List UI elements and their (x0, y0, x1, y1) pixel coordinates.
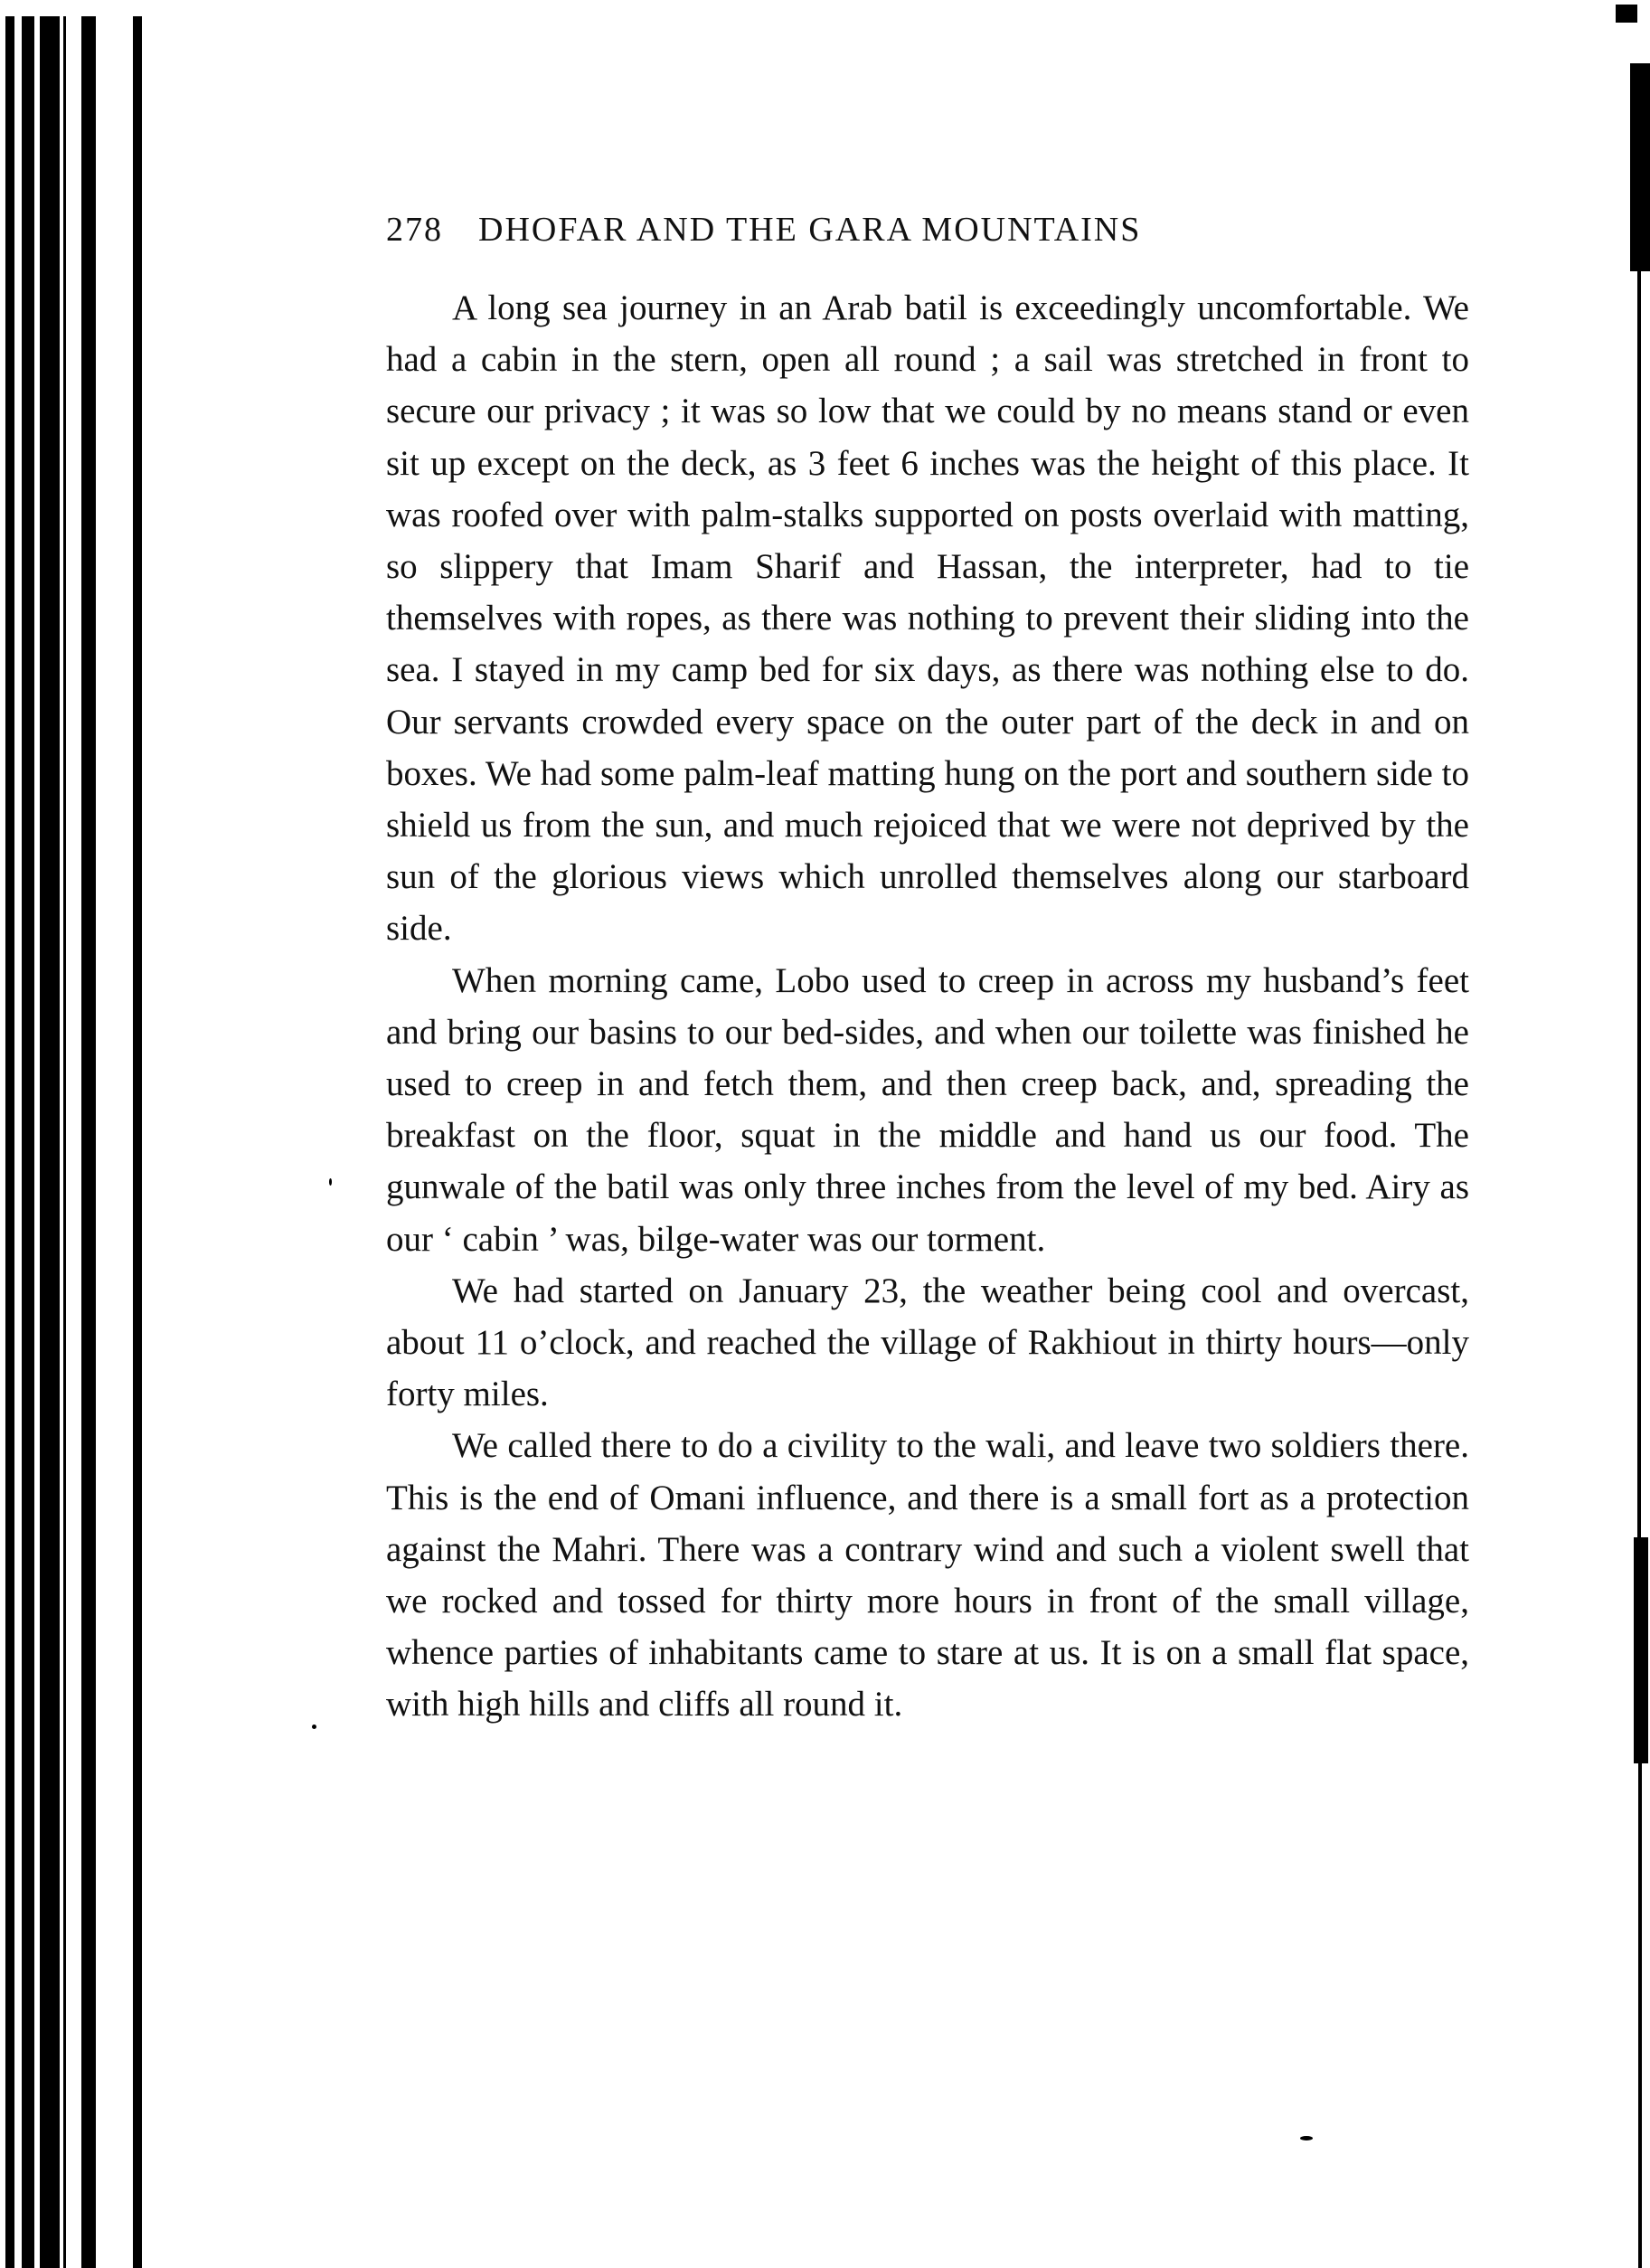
scan-speck (329, 1178, 332, 1186)
scan-speck (1300, 2136, 1313, 2140)
scan-speck (312, 1725, 316, 1729)
page-number: 278 (386, 210, 478, 250)
paragraph: We called there to do a civility to the … (386, 1420, 1469, 1730)
paragraph: When morning came, Lobo used to creep in… (386, 955, 1469, 1265)
running-title: DHOFAR AND THE GARA MOUNTAINS (478, 211, 1141, 249)
body-text: A long sea journey in an Arab batil is e… (386, 282, 1469, 1731)
page-edge-shadow (1614, 0, 1650, 2268)
paragraph: A long sea journey in an Arab batil is e… (386, 282, 1469, 955)
book-binding-edge (0, 16, 158, 2268)
paragraph: We had started on January 23, the weathe… (386, 1265, 1469, 1421)
running-header: 278DHOFAR AND THE GARA MOUNTAINS (386, 210, 1561, 250)
